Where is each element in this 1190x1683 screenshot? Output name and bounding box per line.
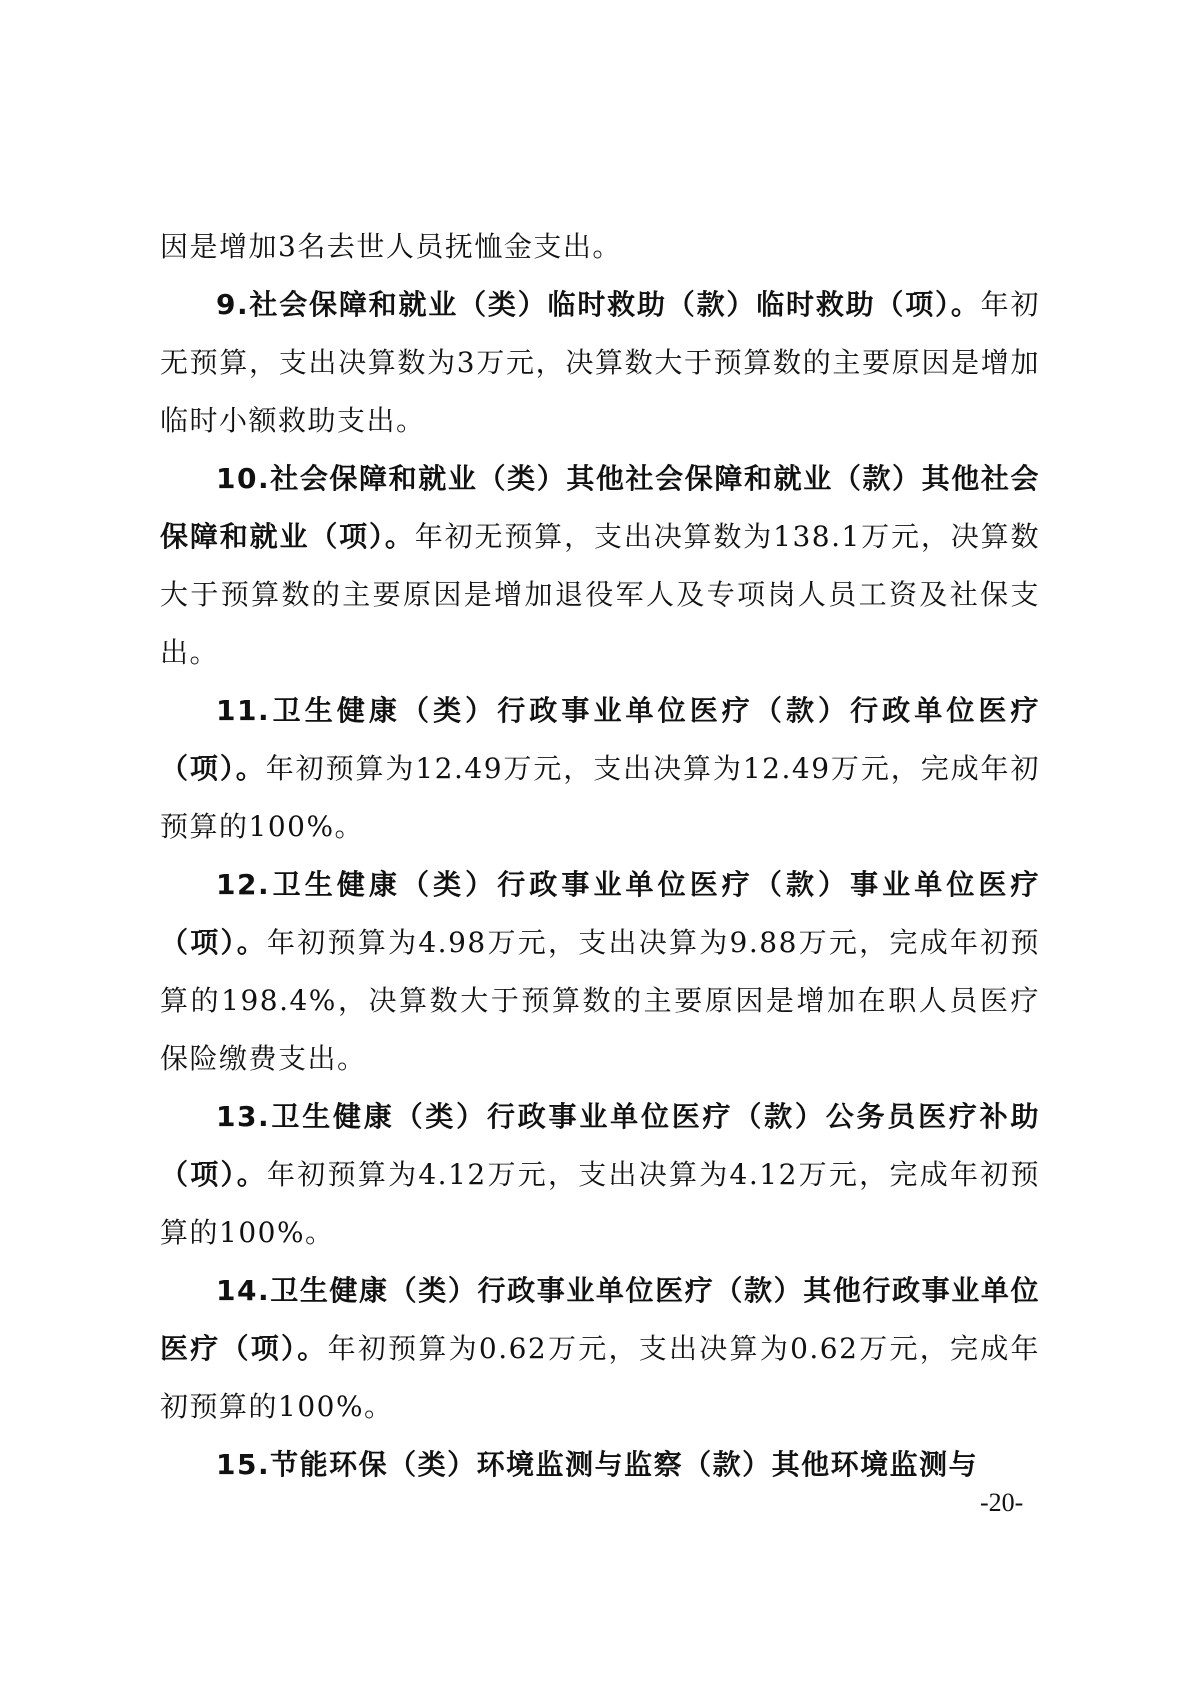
item-body: 年初预算为4.12万元，支出决算为4.12万元，完成年初预算的100%。 <box>160 1158 1040 1249</box>
paragraph-item-13: 13.卫生健康（类）行政事业单位医疗（款）公务员医疗补助（项）。年初预算为4.1… <box>160 1088 1040 1262</box>
paragraph-item-14: 14.卫生健康（类）行政事业单位医疗（款）其他行政事业单位医疗（项）。年初预算为… <box>160 1262 1040 1436</box>
paragraph-item-11: 11.卫生健康（类）行政事业单位医疗（款）行政单位医疗（项）。年初预算为12.4… <box>160 682 1040 856</box>
page-number: -20- <box>980 1488 1023 1518</box>
paragraph-item-9: 9.社会保障和就业（类）临时救助（款）临时救助（项）。年初无预算，支出决算数为3… <box>160 276 1040 450</box>
document-page: 因是增加3名去世人员抚恤金支出。 9.社会保障和就业（类）临时救助（款）临时救助… <box>160 218 1040 1494</box>
paragraph-continuation: 因是增加3名去世人员抚恤金支出。 <box>160 218 1040 276</box>
paragraph-item-10: 10.社会保障和就业（类）其他社会保障和就业（款）其他社会保障和就业（项）。年初… <box>160 450 1040 682</box>
item-heading: 15.节能环保（类）环境监测与监察（款）其他环境监测与 <box>216 1448 978 1481</box>
paragraph-item-15: 15.节能环保（类）环境监测与监察（款）其他环境监测与 <box>160 1436 1040 1494</box>
item-body: 年初预算为12.49万元，支出决算为12.49万元，完成年初预算的100%。 <box>160 752 1040 843</box>
paragraph-item-12: 12.卫生健康（类）行政事业单位医疗（款）事业单位医疗（项）。年初预算为4.98… <box>160 856 1040 1088</box>
paragraph-body: 因是增加3名去世人员抚恤金支出。 <box>160 230 622 263</box>
item-body: 年初预算为4.98万元，支出决算为9.88万元，完成年初预算的198.4%，决算… <box>160 926 1040 1075</box>
item-heading: 9.社会保障和就业（类）临时救助（款）临时救助（项）。 <box>216 288 981 321</box>
